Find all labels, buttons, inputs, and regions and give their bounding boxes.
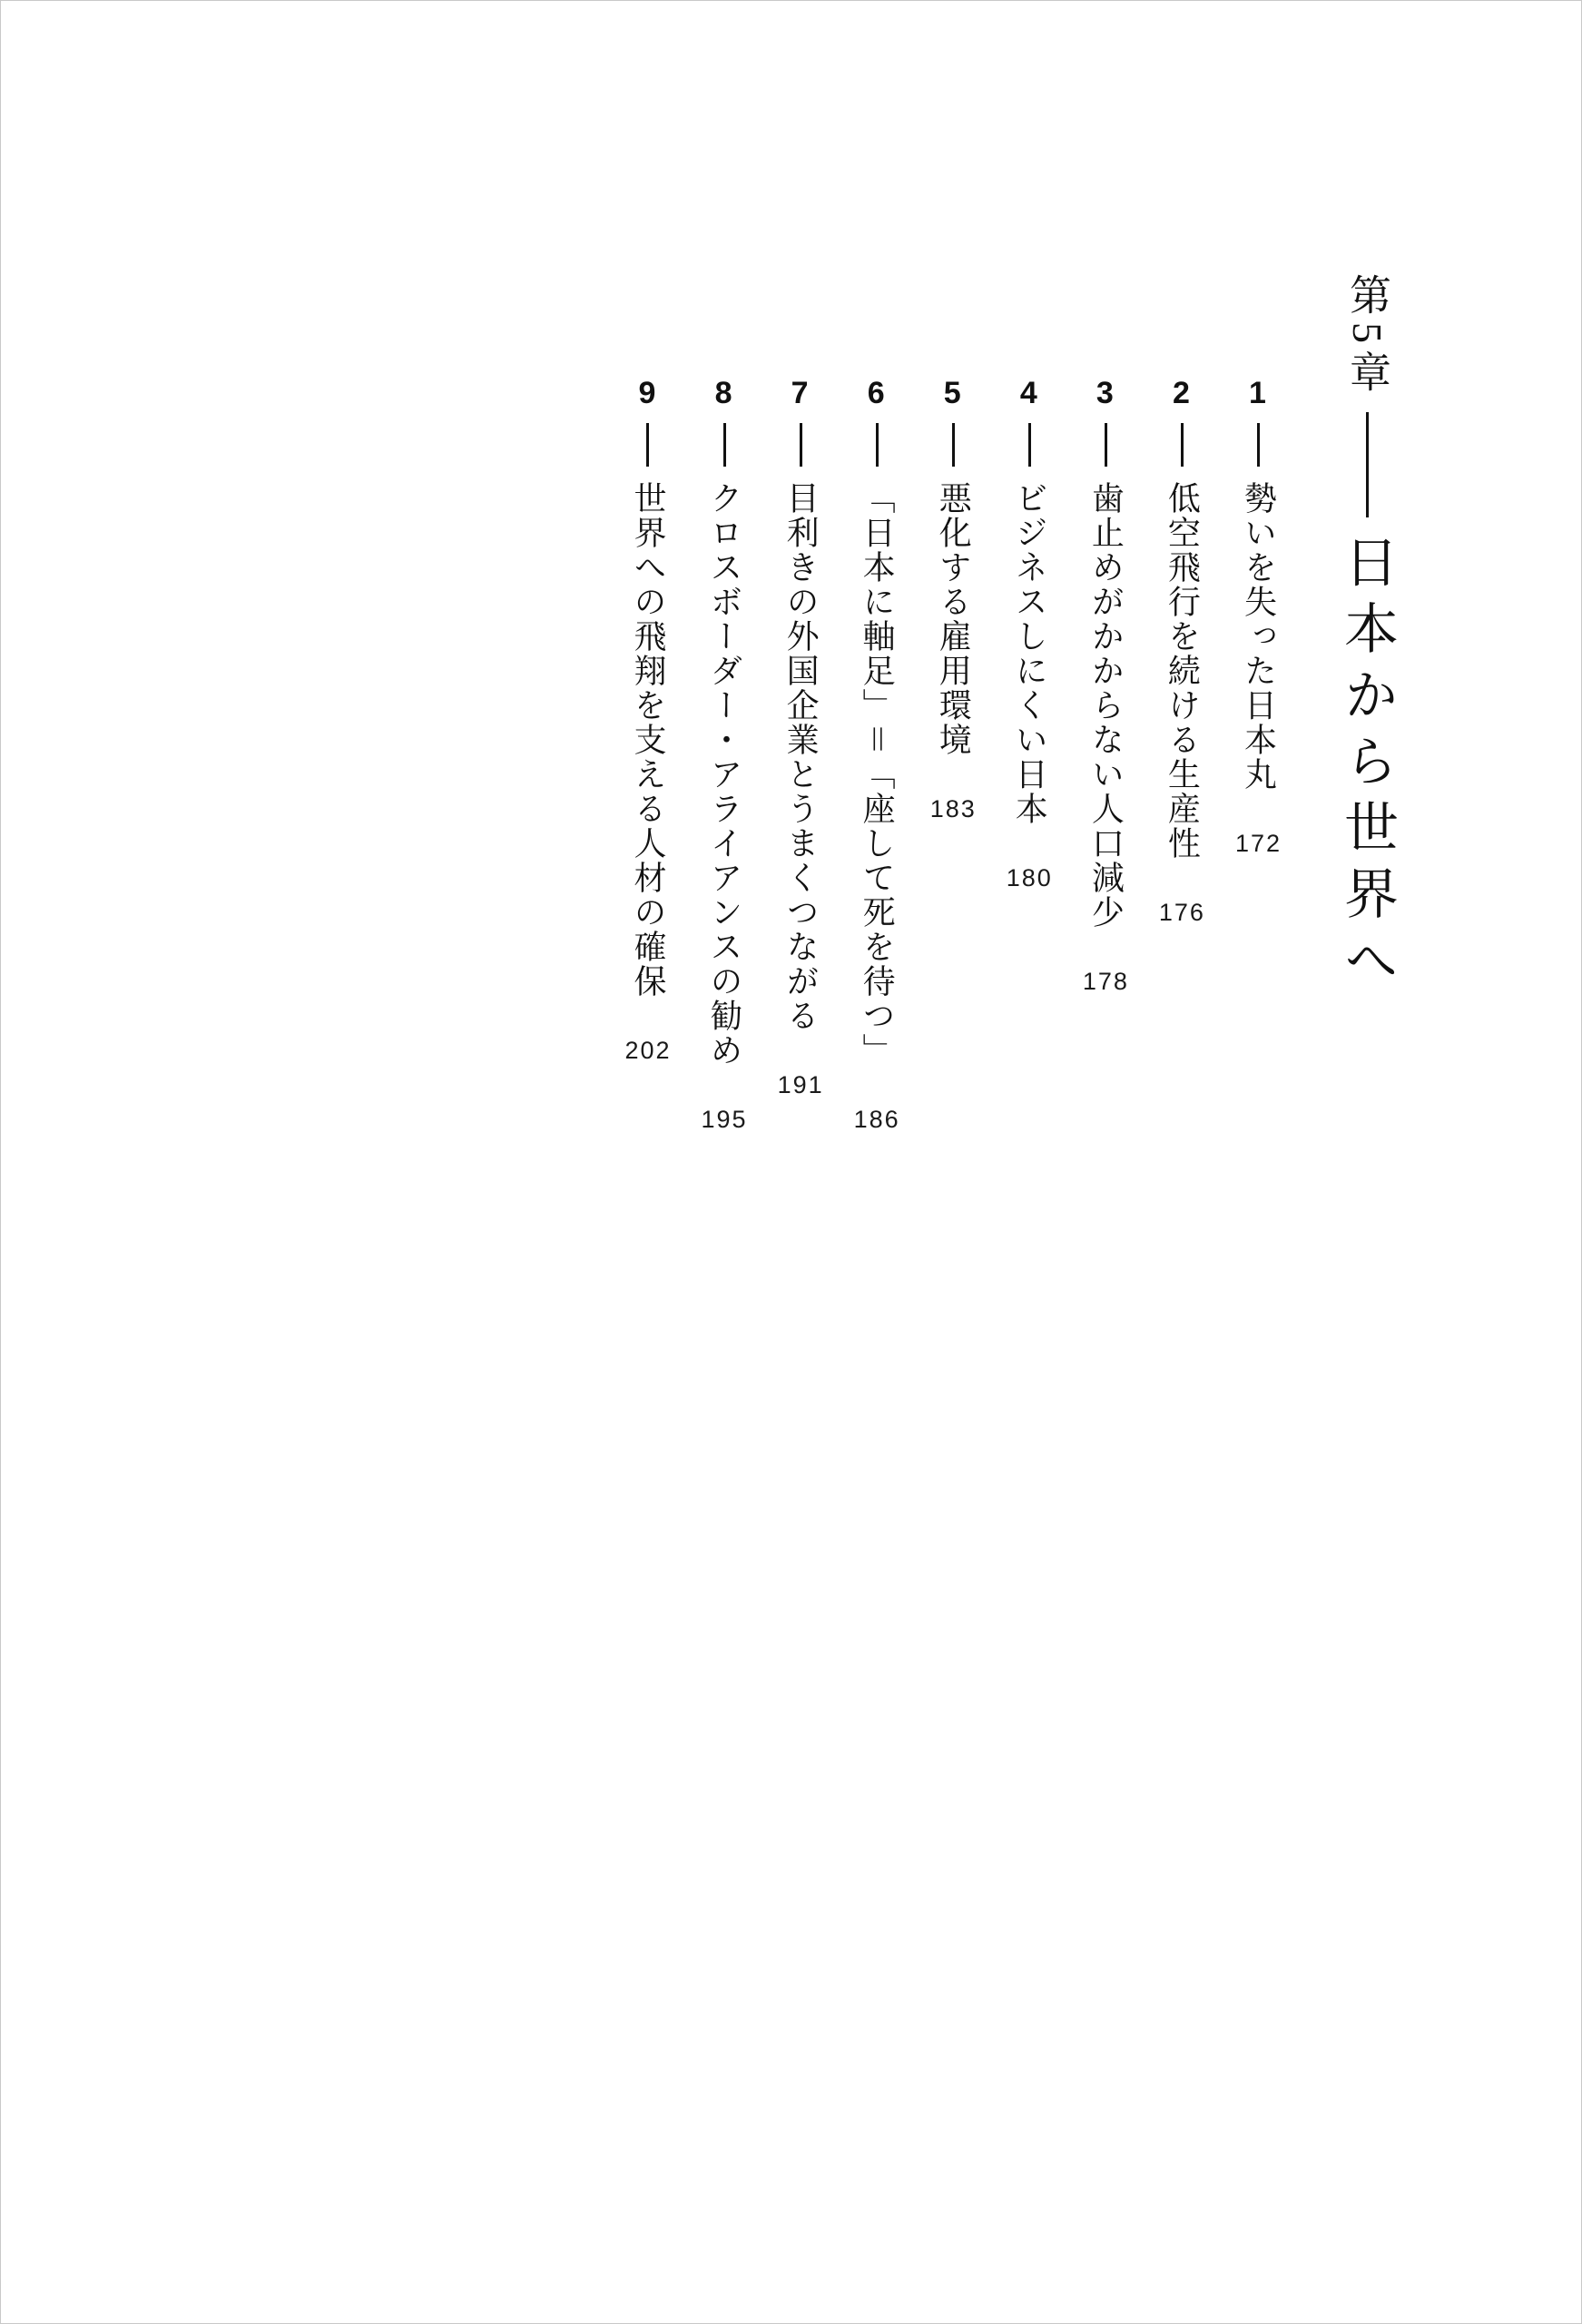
section-page-number: 178 <box>1083 970 1129 994</box>
section-page-number: 195 <box>702 1108 748 1132</box>
section-page-number: 183 <box>930 797 977 822</box>
section-page-number: 186 <box>854 1108 900 1132</box>
section-dash-line <box>876 423 879 467</box>
section-title: 目利きの外国企業とうまくつながる <box>782 481 820 1033</box>
section-number: 6 <box>868 378 887 409</box>
section-item-7: 7目利きの外国企業とうまくつながる191 <box>778 273 824 1132</box>
section-title: 低空飛行を続ける生産性 <box>1164 481 1201 861</box>
section-number: 1 <box>1249 378 1268 409</box>
section-page-number: 202 <box>624 1039 671 1063</box>
section-dash-line <box>1105 423 1107 467</box>
section-dash-line <box>1181 423 1184 467</box>
section-title: クロスボーダー・アライアンスの勧め <box>706 481 743 1068</box>
chapter-title: 日本から世界へ <box>1337 534 1397 998</box>
section-item-5: 5悪化する雇用環境183 <box>930 273 977 1132</box>
section-title: 歯止めがかからない人口減少 <box>1087 481 1125 930</box>
section-number: 5 <box>944 378 963 409</box>
section-page-number: 172 <box>1235 832 1282 856</box>
section-title: 世界への飛翔を支える人材の確保 <box>630 481 667 999</box>
section-item-4: 4ビジネスしにくい日本180 <box>1007 273 1053 1132</box>
section-title: ビジネスしにくい日本 <box>1011 481 1048 826</box>
section-item-2: 2低空飛行を続ける生産性176 <box>1159 273 1205 1132</box>
section-title: 悪化する雇用環境 <box>935 481 972 757</box>
section-dash-line <box>952 423 955 467</box>
table-of-contents: 第5章日本から世界へ 1勢いを失った日本丸172 2低空飛行を続ける生産性176… <box>594 273 1400 1132</box>
chapter-column: 第5章日本から世界へ <box>1334 273 1400 1132</box>
section-page-number: 176 <box>1159 901 1205 925</box>
section-page-number: 191 <box>778 1073 824 1098</box>
section-page-number: 180 <box>1007 866 1053 891</box>
section-dash-line <box>1257 423 1260 467</box>
book-toc-page: 第5章日本から世界へ 1勢いを失った日本丸172 2低空飛行を続ける生産性176… <box>0 0 1582 2324</box>
section-number: 3 <box>1096 378 1115 409</box>
section-number: 9 <box>639 378 658 409</box>
section-item-8: 8クロスボーダー・アライアンスの勧め195 <box>702 273 748 1132</box>
section-title: 「日本に軸足」＝「座して死を待つ」 <box>859 481 896 1068</box>
section-dash-line <box>723 423 726 467</box>
chapter-number: 第5章 <box>1344 273 1390 399</box>
section-dash-line <box>800 423 802 467</box>
section-number: 4 <box>1020 378 1039 409</box>
section-number: 8 <box>715 378 734 409</box>
chapter-dash-line <box>1366 412 1369 517</box>
section-title: 勢いを失った日本丸 <box>1240 481 1277 792</box>
section-item-9: 9世界への飛翔を支える人材の確保202 <box>624 273 671 1132</box>
section-item-3: 3歯止めがかからない人口減少178 <box>1083 273 1129 1132</box>
section-dash-line <box>646 423 649 467</box>
section-number: 7 <box>791 378 811 409</box>
section-item-6: 6「日本に軸足」＝「座して死を待つ」186 <box>854 273 900 1132</box>
section-dash-line <box>1028 423 1031 467</box>
section-item-1: 1勢いを失った日本丸172 <box>1235 273 1282 1132</box>
section-number: 2 <box>1173 378 1192 409</box>
